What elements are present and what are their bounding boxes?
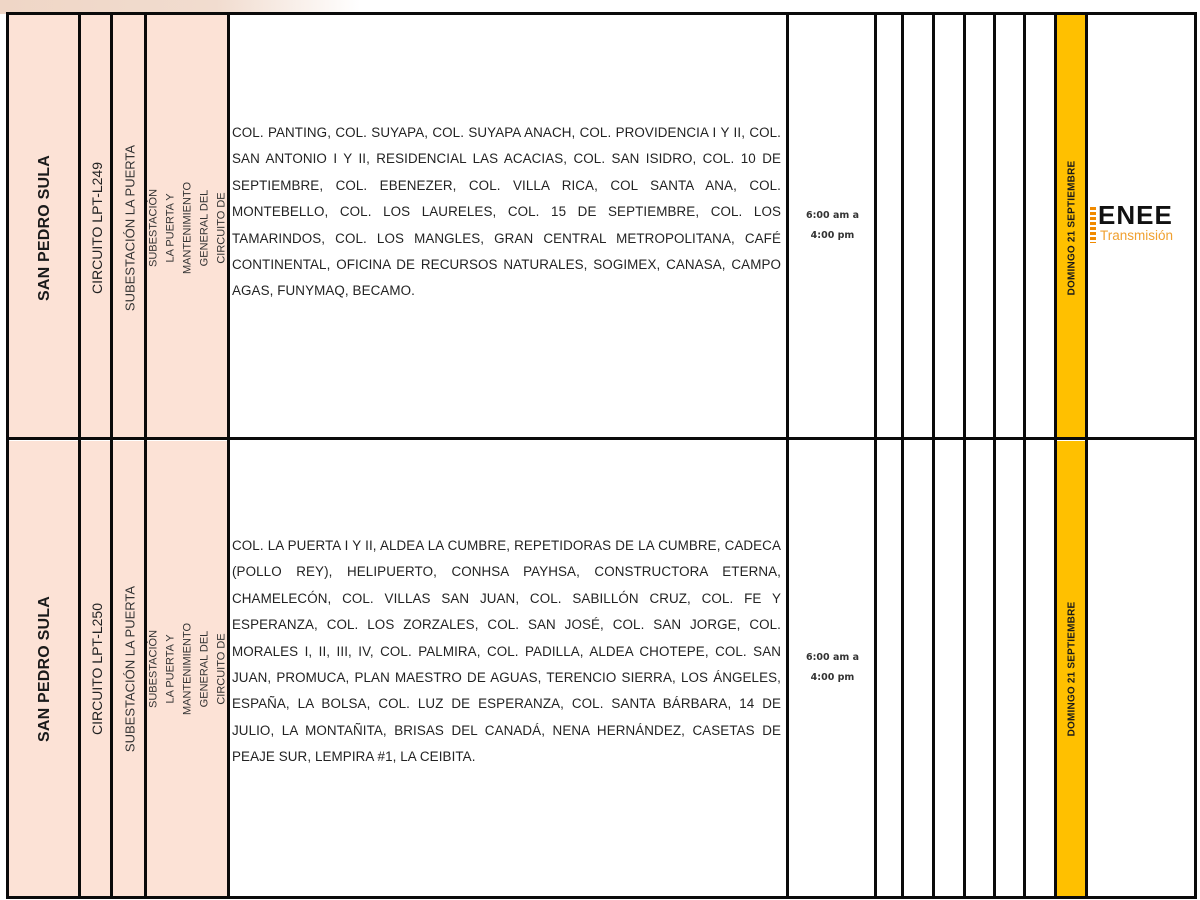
city-label: SAN PEDRO SULA [36,155,54,301]
grid-line-col [6,12,9,899]
time-end: 4:00 pm [789,668,876,688]
date-label: DOMINGO 21 SEPTIEMBRE [1067,160,1078,295]
date-cell: DOMINGO 21 SEPTIEMBRE [1057,15,1087,440]
grid-line-col [932,12,935,899]
work-line: MANTENIMIENTO GENERAL DEL CIRCUITO DE [180,181,230,273]
grid-line-bottom [7,896,1197,899]
work-line: GENERAL DEL CIRCUITO DE DISTRIBUCIÓN [197,622,230,714]
work-description-cell: MEJORAS EN LA SUBESTACIÓN LA PUERTA Y MA… [147,441,229,896]
city-cell: SAN PEDRO SULA [9,15,80,440]
grid-line-col [1023,12,1026,899]
time-end: 4:00 pm [789,226,876,246]
grid-line-top [7,12,1197,15]
logo-mark-icon [1090,207,1096,243]
grid-line-col [1085,12,1088,899]
affected-areas-cell: COL. LA PUERTA I Y II, ALDEA LA CUMBRE, … [230,441,787,896]
grid-line-col [110,12,113,899]
grid-line-row-divider [7,437,1197,440]
circuit-cell: CIRCUITO LPT-L249 [81,15,112,440]
grid-line-col [1054,12,1057,899]
grid-line-col [144,12,147,899]
substation-label: SUBESTACIÓN LA PUERTA [122,144,137,310]
grid-line-col [874,12,877,899]
circuit-label: CIRCUITO LPT-L249 [89,161,105,293]
affected-areas-cell: COL. PANTING, COL. SUYAPA, COL. SUYAPA A… [230,15,787,440]
outage-schedule-table: SAN PEDRO SULA CIRCUITO LPT-L249 SUBESTA… [0,0,1200,900]
enee-logo: ENEE Transmisión [1090,203,1200,247]
grid-line-col [227,12,230,899]
circuit-label: CIRCUITO LPT-L250 [89,602,105,734]
substation-label: SUBESTACIÓN LA PUERTA [122,585,137,751]
work-line: MEJORAS EN LA SUBESTACIÓN LA PUERTA Y [147,181,180,273]
substation-cell: SUBESTACIÓN LA PUERTA [113,15,146,440]
grid-line-col [901,12,904,899]
work-description: MEJORAS EN LA SUBESTACIÓN LA PUERTA Y MA… [147,622,229,714]
logo-subtitle: Transmisión [1100,228,1173,244]
date-label: DOMINGO 21 SEPTIEMBRE [1067,601,1078,736]
time-cell: 6:00 am a 4:00 pm [789,441,876,896]
grid-line-col [963,12,966,899]
work-line: MEJORAS EN LA SUBESTACIÓN LA PUERTA Y MA… [147,622,197,714]
time-start: 6:00 am a [789,648,876,668]
circuit-cell: CIRCUITO LPT-L250 [81,441,112,896]
work-description-cell: MEJORAS EN LA SUBESTACIÓN LA PUERTA Y MA… [147,15,229,440]
city-cell: SAN PEDRO SULA [9,441,80,896]
logo-name: ENEE [1098,202,1173,228]
grid-line-col [993,12,996,899]
grid-line-col [78,12,81,899]
time-cell: 6:00 am a 4:00 pm [789,15,876,440]
work-description: MEJORAS EN LA SUBESTACIÓN LA PUERTA Y MA… [147,181,229,273]
date-cell: DOMINGO 21 SEPTIEMBRE [1057,441,1087,896]
grid-line-col [1194,12,1197,899]
substation-cell: SUBESTACIÓN LA PUERTA [113,441,146,896]
grid-line-col [786,12,789,899]
city-label: SAN PEDRO SULA [36,596,54,742]
affected-areas-text: COL. PANTING, COL. SUYAPA, COL. SUYAPA A… [232,120,781,305]
time-start: 6:00 am a [789,206,876,226]
affected-areas-text: COL. LA PUERTA I Y II, ALDEA LA CUMBRE, … [232,533,781,771]
